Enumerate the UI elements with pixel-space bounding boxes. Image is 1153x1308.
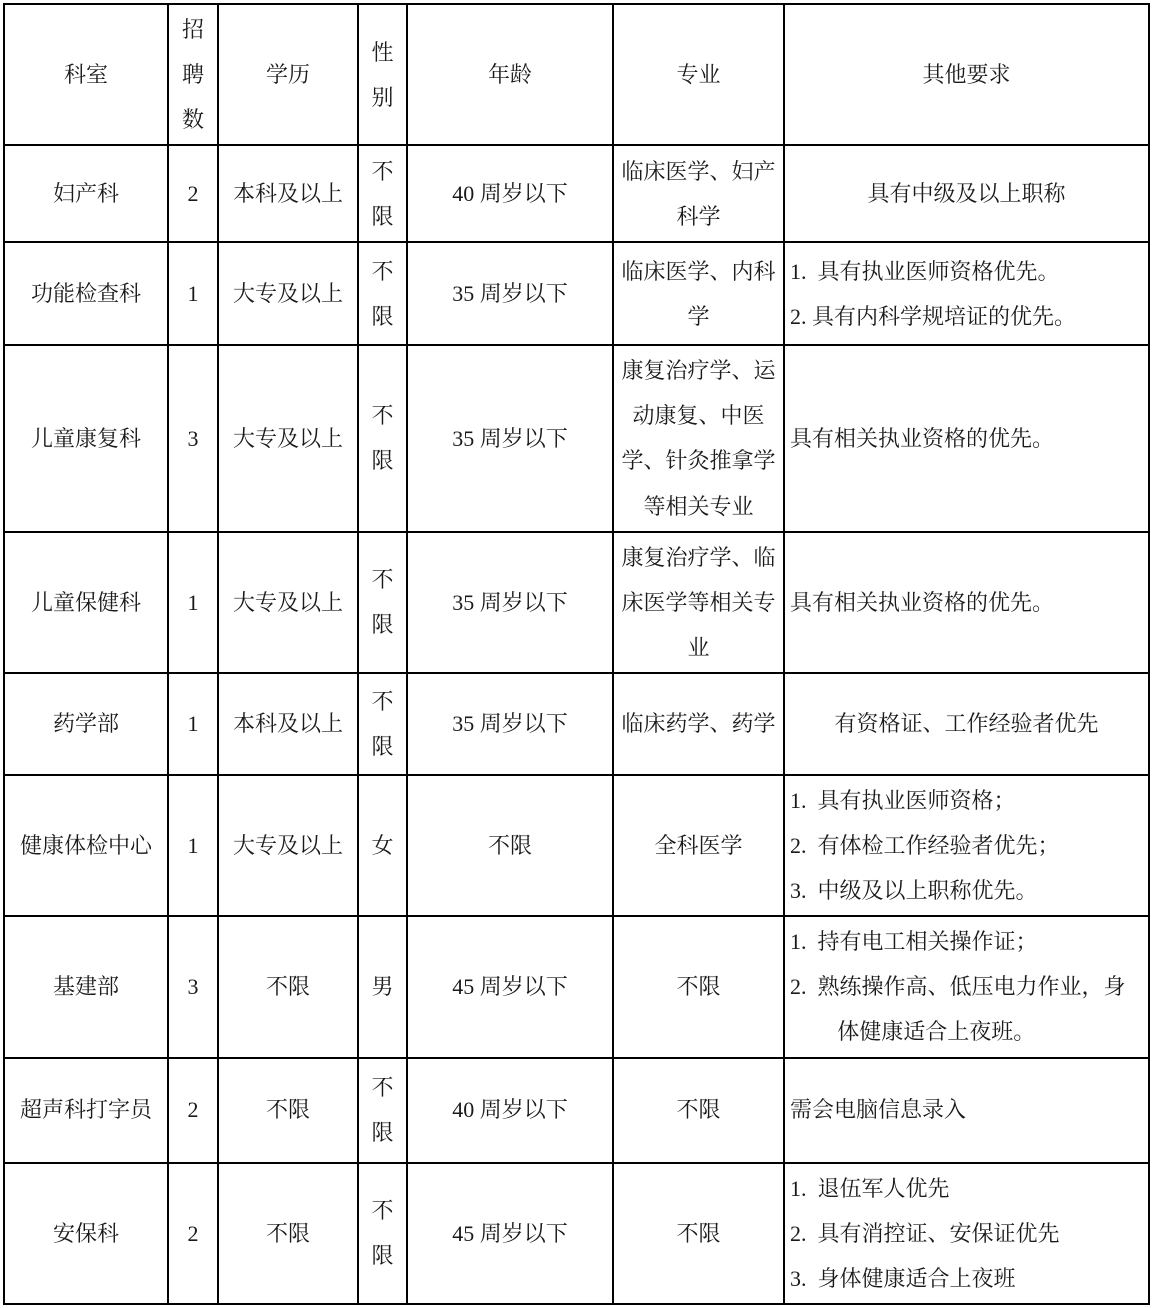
department-cell: 药学部	[4, 673, 168, 775]
education-cell: 本科及以上	[218, 145, 358, 242]
major-cell: 康复治疗学、运动康复、中医学、针灸推拿学等相关专业	[613, 345, 784, 531]
requirement-item: 有资格证、工作经验者优先	[790, 701, 1143, 746]
gender-cell: 不限	[358, 1163, 407, 1304]
age-cell: 不限	[407, 775, 613, 916]
education-cell: 不限	[218, 1058, 358, 1163]
table-row: 功能检查科1大专及以上不限35 周岁以下临床医学、内科学1. 具有执业医师资格优…	[4, 242, 1149, 345]
table-body: 妇产科2本科及以上不限40 周岁以下临床医学、妇产科学具有中级及以上职称功能检查…	[4, 145, 1149, 1304]
major-cell: 不限	[613, 1163, 784, 1304]
education-cell: 不限	[218, 1163, 358, 1304]
age-cell: 35 周岁以下	[407, 673, 613, 775]
gender-cell: 不限	[358, 1058, 407, 1163]
column-header-requirements: 其他要求	[784, 4, 1149, 145]
major-cell: 不限	[613, 916, 784, 1057]
age-cell: 35 周岁以下	[407, 532, 613, 673]
page: 科室招聘数学历性别年龄专业其他要求 妇产科2本科及以上不限40 周岁以下临床医学…	[0, 0, 1153, 1308]
table-row: 安保科2不限不限45 周岁以下不限1. 退伍军人优先2. 具有消控证、安保证优先…	[4, 1163, 1149, 1304]
headcount-cell: 2	[168, 1163, 218, 1304]
requirement-item: 2. 具有消控证、安保证优先	[790, 1211, 1143, 1256]
education-cell: 本科及以上	[218, 673, 358, 775]
age-cell: 35 周岁以下	[407, 345, 613, 531]
recruitment-table: 科室招聘数学历性别年龄专业其他要求 妇产科2本科及以上不限40 周岁以下临床医学…	[3, 3, 1150, 1305]
table-row: 儿童保健科1大专及以上不限35 周岁以下康复治疗学、临床医学等相关专业具有相关执…	[4, 532, 1149, 673]
requirements-cell: 1. 持有电工相关操作证；2. 熟练操作高、低压电力作业，身体健康适合上夜班。	[784, 916, 1149, 1057]
column-header-headcount: 招聘数	[168, 4, 218, 145]
headcount-cell: 1	[168, 242, 218, 345]
requirement-item: 具有相关执业资格的优先。	[790, 580, 1143, 625]
requirement-item: 2. 熟练操作高、低压电力作业，身体健康适合上夜班。	[790, 964, 1143, 1054]
age-cell: 35 周岁以下	[407, 242, 613, 345]
education-cell: 大专及以上	[218, 345, 358, 531]
gender-cell: 男	[358, 916, 407, 1057]
requirement-item: 3. 身体健康适合上夜班	[790, 1256, 1143, 1301]
headcount-cell: 3	[168, 916, 218, 1057]
education-cell: 大专及以上	[218, 532, 358, 673]
age-cell: 40 周岁以下	[407, 145, 613, 242]
age-cell: 45 周岁以下	[407, 916, 613, 1057]
department-cell: 健康体检中心	[4, 775, 168, 916]
table-header: 科室招聘数学历性别年龄专业其他要求	[4, 4, 1149, 145]
requirement-item: 1. 具有执业医师资格优先。	[790, 249, 1143, 294]
headcount-cell: 2	[168, 145, 218, 242]
table-row: 药学部1本科及以上不限35 周岁以下临床药学、药学有资格证、工作经验者优先	[4, 673, 1149, 775]
column-header-department: 科室	[4, 4, 168, 145]
age-cell: 40 周岁以下	[407, 1058, 613, 1163]
age-cell: 45 周岁以下	[407, 1163, 613, 1304]
gender-cell: 不限	[358, 242, 407, 345]
requirements-cell: 需会电脑信息录入	[784, 1058, 1149, 1163]
requirement-item: 1. 持有电工相关操作证；	[790, 919, 1143, 964]
requirement-item: 具有相关执业资格的优先。	[790, 416, 1143, 461]
department-cell: 功能检查科	[4, 242, 168, 345]
department-cell: 妇产科	[4, 145, 168, 242]
table-row: 基建部3不限男45 周岁以下不限1. 持有电工相关操作证；2. 熟练操作高、低压…	[4, 916, 1149, 1057]
requirement-item: 需会电脑信息录入	[790, 1087, 1143, 1132]
requirements-cell: 具有相关执业资格的优先。	[784, 345, 1149, 531]
major-cell: 全科医学	[613, 775, 784, 916]
major-cell: 临床医学、内科学	[613, 242, 784, 345]
department-cell: 安保科	[4, 1163, 168, 1304]
column-header-age: 年龄	[407, 4, 613, 145]
gender-cell: 不限	[358, 145, 407, 242]
requirement-item: 具有中级及以上职称	[790, 171, 1143, 216]
education-cell: 不限	[218, 916, 358, 1057]
gender-cell: 不限	[358, 345, 407, 531]
table-row: 超声科打字员2不限不限40 周岁以下不限需会电脑信息录入	[4, 1058, 1149, 1163]
headcount-cell: 1	[168, 775, 218, 916]
requirements-cell: 1. 具有执业医师资格；2. 有体检工作经验者优先；3. 中级及以上职称优先。	[784, 775, 1149, 916]
requirement-item: 3. 中级及以上职称优先。	[790, 868, 1143, 913]
major-cell: 不限	[613, 1058, 784, 1163]
headcount-cell: 1	[168, 673, 218, 775]
major-cell: 临床药学、药学	[613, 673, 784, 775]
headcount-cell: 1	[168, 532, 218, 673]
requirements-cell: 1. 退伍军人优先2. 具有消控证、安保证优先3. 身体健康适合上夜班	[784, 1163, 1149, 1304]
requirements-cell: 具有相关执业资格的优先。	[784, 532, 1149, 673]
column-header-gender: 性别	[358, 4, 407, 145]
requirement-item: 2. 有体检工作经验者优先；	[790, 823, 1143, 868]
requirement-item: 1. 退伍军人优先	[790, 1166, 1143, 1211]
gender-cell: 不限	[358, 673, 407, 775]
department-cell: 超声科打字员	[4, 1058, 168, 1163]
headcount-cell: 2	[168, 1058, 218, 1163]
gender-cell: 不限	[358, 532, 407, 673]
table-row: 儿童康复科3大专及以上不限35 周岁以下康复治疗学、运动康复、中医学、针灸推拿学…	[4, 345, 1149, 531]
table-row: 健康体检中心1大专及以上女不限全科医学1. 具有执业医师资格；2. 有体检工作经…	[4, 775, 1149, 916]
headcount-cell: 3	[168, 345, 218, 531]
education-cell: 大专及以上	[218, 242, 358, 345]
column-header-education: 学历	[218, 4, 358, 145]
requirement-item: 1. 具有执业医师资格；	[790, 778, 1143, 823]
requirement-item: 2. 具有内科学规培证的优先。	[790, 294, 1143, 339]
requirements-cell: 有资格证、工作经验者优先	[784, 673, 1149, 775]
department-cell: 儿童康复科	[4, 345, 168, 531]
requirements-cell: 具有中级及以上职称	[784, 145, 1149, 242]
major-cell: 临床医学、妇产科学	[613, 145, 784, 242]
department-cell: 基建部	[4, 916, 168, 1057]
education-cell: 大专及以上	[218, 775, 358, 916]
requirements-cell: 1. 具有执业医师资格优先。2. 具有内科学规培证的优先。	[784, 242, 1149, 345]
major-cell: 康复治疗学、临床医学等相关专业	[613, 532, 784, 673]
department-cell: 儿童保健科	[4, 532, 168, 673]
gender-cell: 女	[358, 775, 407, 916]
table-row: 妇产科2本科及以上不限40 周岁以下临床医学、妇产科学具有中级及以上职称	[4, 145, 1149, 242]
column-header-major: 专业	[613, 4, 784, 145]
header-row: 科室招聘数学历性别年龄专业其他要求	[4, 4, 1149, 145]
